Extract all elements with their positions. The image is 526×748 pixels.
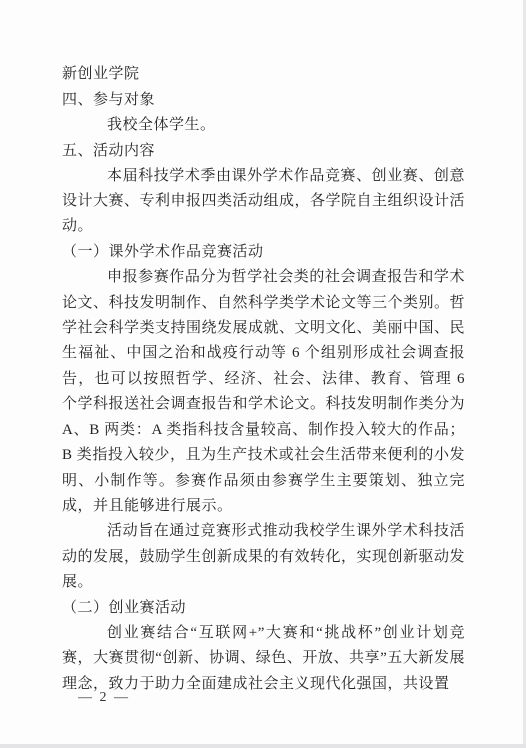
section-heading-activities: 五、活动内容 (62, 138, 465, 163)
page-edge-bottom (0, 744, 526, 748)
subheading-academic-competition: （一）课外学术作品竞赛活动 (62, 240, 465, 265)
academic-competition-paragraph: 申报参赛作品分为哲学社会类的社会调查报告和学术论文、科技发明制作、自然科学类学术… (62, 265, 465, 519)
continuation-line: 新创业学院 (62, 62, 465, 87)
participants-text: 我校全体学生。 (62, 113, 465, 138)
subheading-entrepreneurship: （二）创业赛活动 (62, 596, 465, 621)
document-page: 新创业学院 四、参与对象 我校全体学生。 五、活动内容 本届科技学术季由课外学术… (0, 0, 526, 748)
activities-intro-paragraph: 本届科技学术季由课外学术作品竞赛、创业赛、创意设计大赛、专利申报四类活动组成，各… (62, 164, 465, 240)
entrepreneurship-paragraph: 创业赛结合“互联网+”大赛和“挑战杯”创业计划竞赛，大赛贯彻“创新、协调、绿色、… (62, 621, 465, 697)
document-body: 新创业学院 四、参与对象 我校全体学生。 五、活动内容 本届科技学术季由课外学术… (62, 62, 465, 697)
activity-purpose-paragraph: 活动旨在通过竞赛形式推动我校学生课外学术科技活动的发展，鼓励学生创新成果的有效转… (62, 519, 465, 595)
section-heading-participants: 四、参与对象 (62, 87, 465, 112)
page-number: — 2 — (78, 690, 130, 706)
